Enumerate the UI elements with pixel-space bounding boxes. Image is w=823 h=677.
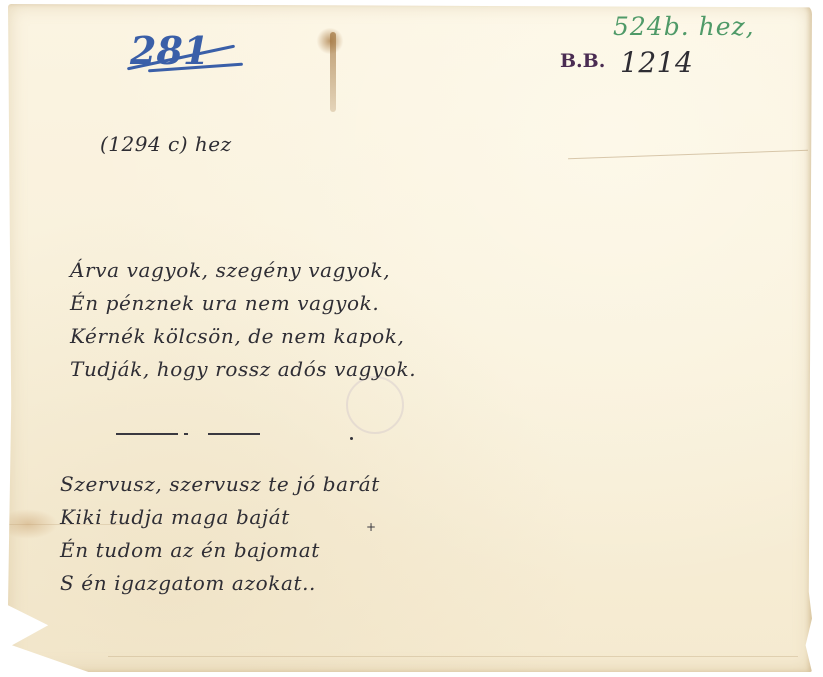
archive-note: 524b. hez, [613, 12, 755, 41]
stain-trail [330, 32, 336, 112]
poem-line: Kérnék kölcsön, de nem kapok, [70, 320, 416, 353]
poem-line: Árva vagyok, szegény vagyok, [70, 254, 416, 287]
poem-line: Szervusz, szervusz te jó barát [60, 468, 380, 501]
poem-line: Én pénznek ura nem vagyok. [70, 287, 416, 320]
poem-line: Kiki tudja maga baját [60, 501, 380, 534]
paper-sheet: 281 524b. hez, B.B. 1214 (1294 c) hez Ár… [8, 4, 812, 672]
paper-crease [568, 150, 808, 159]
paper-crease [108, 656, 798, 657]
poem-line: Tudják, hogy rossz adós vagyok. [70, 353, 416, 386]
margin-mark: + [366, 520, 376, 534]
poem-line: S én igazgatom azokat.. [60, 567, 380, 600]
bb-stamp: B.B. [560, 50, 605, 72]
stanza-divider [208, 433, 260, 435]
reference-note: (1294 c) hez [100, 132, 232, 156]
stanza-divider [116, 433, 178, 435]
stain-mark [0, 509, 58, 539]
catalog-number: 1214 [620, 46, 693, 79]
poem-line: Én tudom az én bajomat [60, 534, 380, 567]
scanned-page: 281 524b. hez, B.B. 1214 (1294 c) hez Ár… [0, 0, 823, 677]
stanza-divider [184, 433, 188, 435]
poem-stanza-2: Szervusz, szervusz te jó barát Kiki tudj… [60, 468, 380, 600]
ink-dot [350, 437, 353, 440]
poem-stanza-1: Árva vagyok, szegény vagyok, Én pénznek … [70, 254, 416, 386]
